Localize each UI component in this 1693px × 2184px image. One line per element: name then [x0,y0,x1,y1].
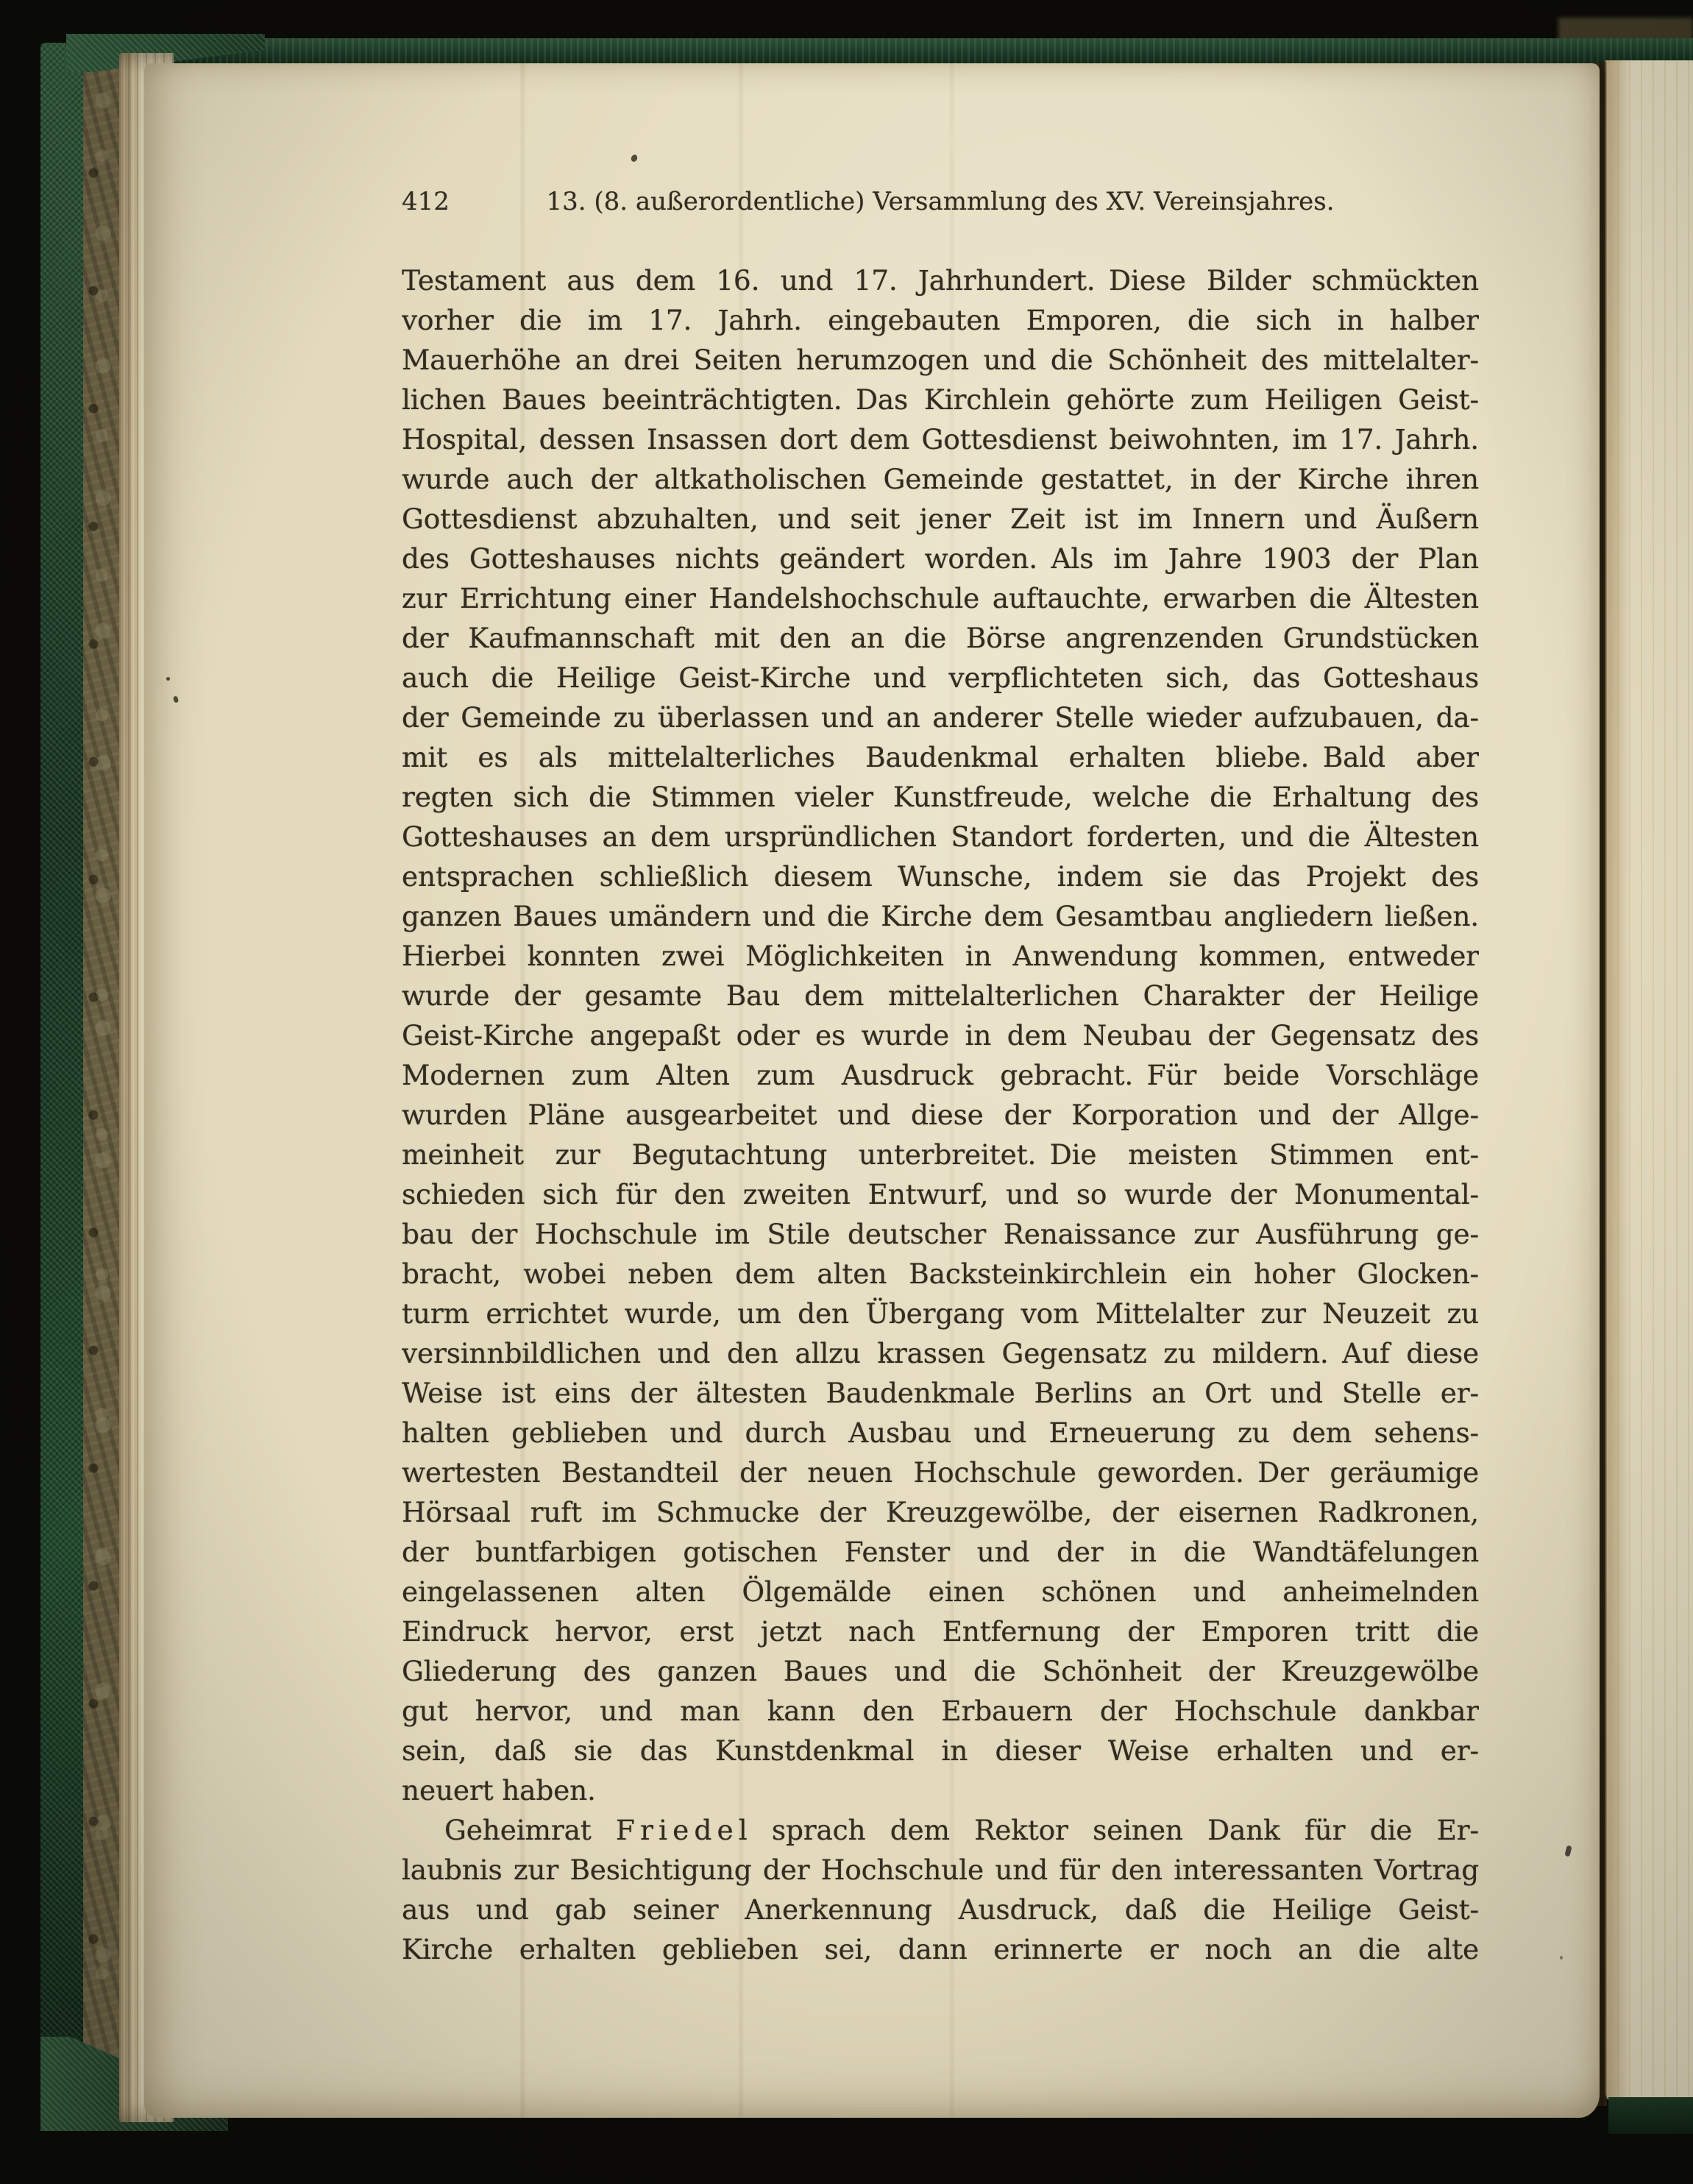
text-line: aus und gab seiner Anerkennung Ausdruck,… [402,1890,1479,1929]
text-line: Geheimrat F r i e d e l sprach dem Rekto… [402,1810,1479,1850]
text-line: Hospital, dessen Insassen dort dem Gotte… [402,419,1479,459]
book-cover-cloth-left-edge [40,43,83,2128]
text-line: vorher die im 17. Jahrh. eingebauten Emp… [402,300,1479,340]
text-line: Weise ist eins der ältesten Baudenkmale … [402,1373,1479,1413]
text-line: bau der Hochschule im Stile deutscher Re… [402,1214,1479,1254]
text-line: der buntfarbigen gotischen Fenster und d… [402,1532,1479,1572]
text-line: meinheit zur Begutachtung unterbreitet. … [402,1135,1479,1174]
text-line: turm errichtet wurde, um den Übergang vo… [402,1294,1479,1333]
text-line: bracht, wobei neben dem alten Backsteink… [402,1254,1479,1294]
text-line: Hörsaal ruft im Schmucke der Kreuzgewölb… [402,1492,1479,1532]
book-cover-bottom-right [1608,2097,1693,2134]
text-line: regten sich die Stimmen vieler Kunstfreu… [402,777,1479,817]
text-line: mit es als mittelalterliches Baudenkmal … [402,737,1479,777]
text-line: entsprachen schließlich diesem Wunsche, … [402,857,1479,896]
text-line: des Gotteshauses nichts geändert worden.… [402,539,1479,578]
text-line: Kirche erhalten geblieben sei, dann erin… [402,1929,1479,1969]
text-line: lichen Baues beeinträchtigten. Das Kirch… [402,380,1479,419]
book-photo: 412 13. (8. außerordentliche) Versammlun… [0,0,1693,2184]
running-title: 13. (8. außerordentliche) Versammlung de… [402,184,1479,219]
text-line: auch die Heilige Geist-Kirche und verpfl… [402,658,1479,698]
text-line: Mauerhöhe an drei Seiten herumzogen und … [402,340,1479,380]
book-page: 412 13. (8. außerordentliche) Versammlun… [144,63,1600,2118]
text-line: der Kaufmannschaft mit den an die Börse … [402,618,1479,658]
text-line: Testament aus dem 16. und 17. Jahrhunder… [402,260,1479,300]
text-line: sein, daß sie das Kunstdenkmal in dieser… [402,1731,1479,1770]
text-line: wertesten Bestandteil der neuen Hochschu… [402,1453,1479,1492]
page-number: 412 [402,184,450,219]
text-line: Modernen zum Alten zum Ausdruck gebracht… [402,1055,1479,1095]
text-line: Gliederung des ganzen Baues und die Schö… [402,1651,1479,1691]
body-text: Testament aus dem 16. und 17. Jahrhunder… [402,260,1479,1969]
text-line: wurden Pläne ausgearbeitet und diese der… [402,1095,1479,1135]
text-line: wurde auch der altkatholischen Gemeinde … [402,459,1479,499]
text-line: laubnis zur Besichtigung der Hochschule … [402,1850,1479,1890]
text-line: versinnbildlichen und den allzu krassen … [402,1333,1479,1373]
text-line: der Gemeinde zu überlassen und an andere… [402,698,1479,737]
facing-page-edge [1605,60,1693,2103]
ink-speck [1560,1956,1563,1960]
text-line: schieden sich für den zweiten Entwurf, u… [402,1174,1479,1214]
text-line: neuert haben. [402,1770,1479,1810]
page-header: 412 13. (8. außerordentliche) Versammlun… [402,184,1479,221]
text-line: Eindruck hervor, erst jetzt nach Entfern… [402,1612,1479,1651]
text-line: Geist-Kirche angepaßt oder es wurde in d… [402,1015,1479,1055]
text-line: zur Errichtung einer Handelshochschule a… [402,578,1479,618]
text-line: eingelassenen alten Ölgemälde einen schö… [402,1572,1479,1612]
ink-speck [166,677,170,681]
text-line: Gottesdienst abzuhalten, und seit jener … [402,499,1479,539]
text-line: Gotteshauses an dem urspründlichen Stand… [402,817,1479,857]
text-line: gut hervor, und man kann den Erbauern de… [402,1691,1479,1731]
text-line: Hierbei konnten zwei Möglichkeiten in An… [402,936,1479,976]
text-line: wurde der gesamte Bau dem mittelalterlic… [402,976,1479,1015]
text-line: halten geblieben und durch Ausbau und Er… [402,1413,1479,1453]
text-line: ganzen Baues umändern und die Kirche dem… [402,896,1479,936]
